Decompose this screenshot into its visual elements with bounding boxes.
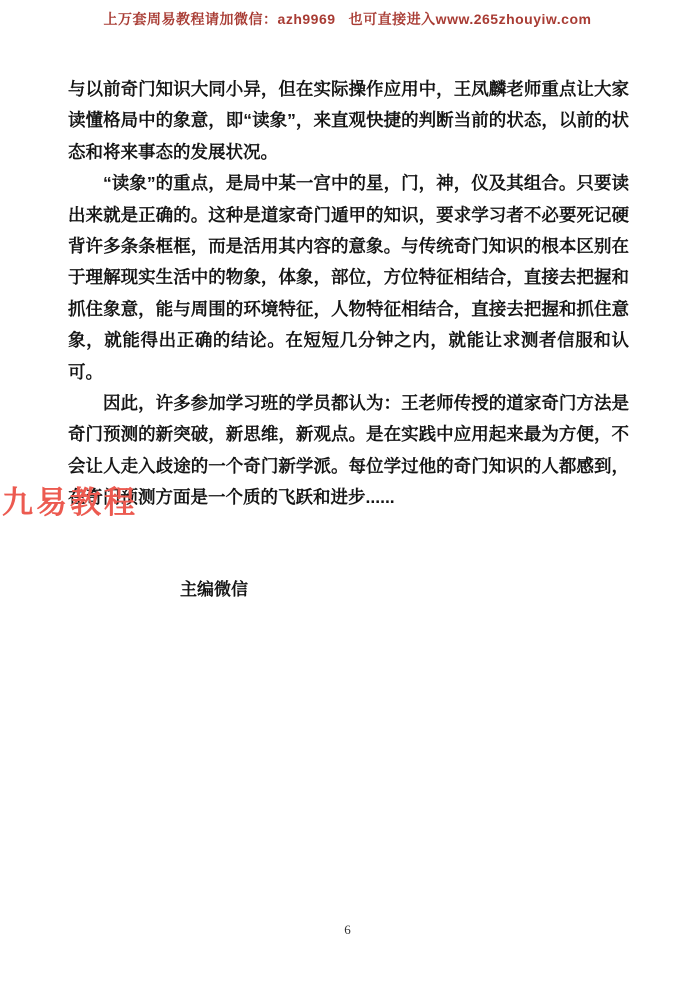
editor-note: 主编微信 <box>180 575 248 600</box>
page-header-promo-text: 上万套周易教程请加微信：azh9969 也可直接进入www.265zhouyiw… <box>0 9 695 29</box>
page-number: 6 <box>0 922 695 938</box>
document-body: 与以前奇门知识大同小异，但在实际操作应用中，王凤麟老师重点让大家读懂格局中的象意… <box>68 74 629 514</box>
watermark-brand-text: 九易教程 <box>2 477 138 522</box>
body-paragraph: “读象”的重点，是局中某一宫中的星，门，神，仪及其组合。只要读出来就是正确的。这… <box>68 168 629 388</box>
body-paragraph: 因此，许多参加学习班的学员都认为：王老师传授的道家奇门方法是奇门预测的新突破，新… <box>68 388 629 514</box>
document-page: 上万套周易教程请加微信：azh9969 也可直接进入www.265zhouyiw… <box>0 0 695 983</box>
body-paragraph: 与以前奇门知识大同小异，但在实际操作应用中，王凤麟老师重点让大家读懂格局中的象意… <box>68 74 629 168</box>
